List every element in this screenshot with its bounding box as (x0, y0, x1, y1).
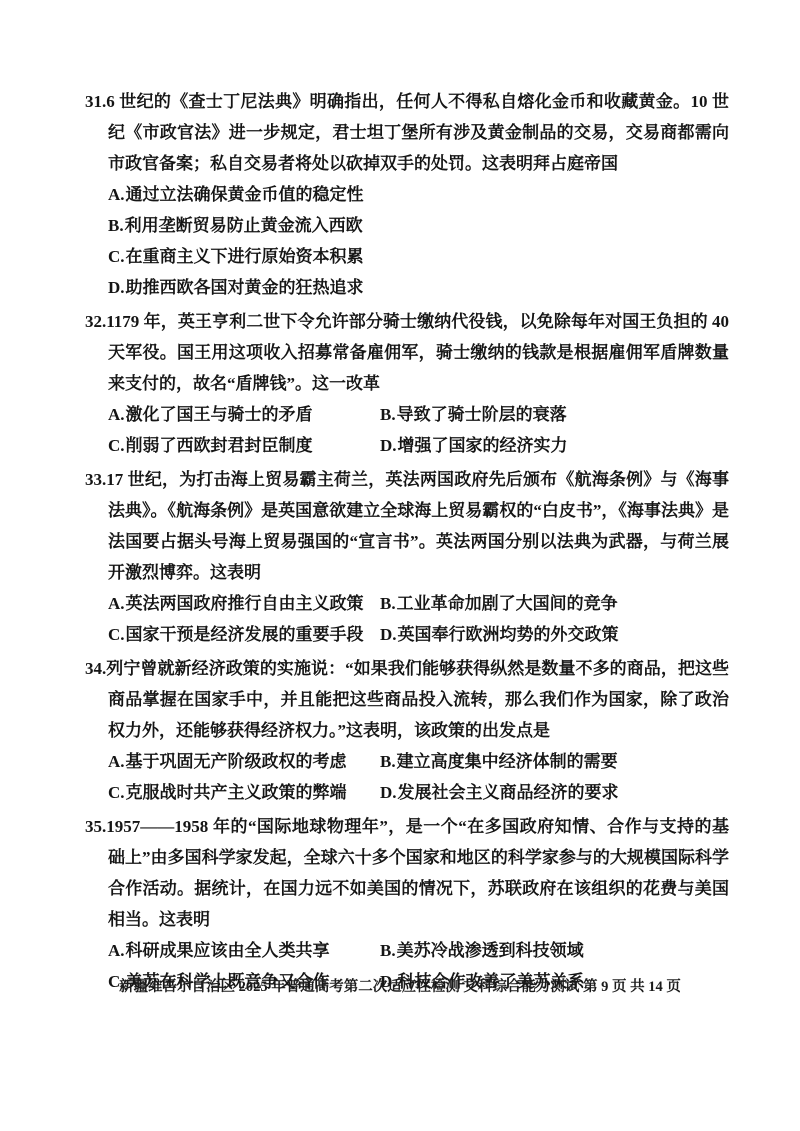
question-stem: 31.6 世纪的《查士丁尼法典》明确指出，任何人不得私自熔化金币和收藏黄金。10… (85, 86, 729, 179)
question-number: 33. (85, 470, 106, 489)
option-label: D. (108, 278, 126, 297)
option-text: 导致了骑士阶层的衰落 (397, 405, 567, 424)
option-a: A.激化了国王与骑士的矛盾 (108, 399, 376, 430)
option-text: 削弱了西欧封君封臣制度 (126, 436, 313, 455)
questions-area: 31.6 世纪的《查士丁尼法典》明确指出，任何人不得私自熔化金币和收藏黄金。10… (85, 86, 729, 1000)
option-d: D.发展社会主义商品经济的要求 (380, 777, 729, 808)
question-35: 35.1957——1958 年的“国际地球物理年”，是一个“在多国政府知情、合作… (85, 811, 729, 997)
option-label: A. (108, 405, 126, 424)
option-b: B.工业革命加剧了大国间的竞争 (380, 588, 729, 619)
option-text: 国家干预是经济发展的重要手段 (126, 625, 364, 644)
option-text: 美苏冷战渗透到科技领域 (397, 941, 584, 960)
question-stem-text: 列宁曾就新经济政策的实施说：“如果我们能够获得纵然是数量不多的商品，把这些商品掌… (106, 659, 729, 740)
question-31: 31.6 世纪的《查士丁尼法典》明确指出，任何人不得私自熔化金币和收藏黄金。10… (85, 86, 729, 303)
option-c: C.克服战时共产主义政策的弊端 (108, 777, 376, 808)
option-text: 激化了国王与骑士的矛盾 (126, 405, 313, 424)
option-text: 发展社会主义商品经济的要求 (398, 783, 619, 802)
option-text: 工业革命加剧了大国间的竞争 (397, 594, 618, 613)
option-label: D. (380, 783, 398, 802)
question-33: 33.17 世纪，为打击海上贸易霸主荷兰，英法两国政府先后颁布《航海条例》与《海… (85, 464, 729, 650)
option-text: 克服战时共产主义政策的弊端 (126, 783, 347, 802)
question-stem: 32.1179 年，英王亨利二世下令允许部分骑士缴纳代役钱，以免除每年对国王负担… (85, 306, 729, 399)
option-d: D.增强了国家的经济实力 (380, 430, 729, 461)
option-text: 助推西欧各国对黄金的狂热追求 (126, 278, 364, 297)
question-stem-text: 6 世纪的《查士丁尼法典》明确指出，任何人不得私自熔化金币和收藏黄金。10 世纪… (106, 92, 729, 173)
question-number: 35. (85, 817, 106, 836)
question-stem-text: 17 世纪，为打击海上贸易霸主荷兰，英法两国政府先后颁布《航海条例》与《海事法典… (106, 470, 729, 582)
option-label: C. (108, 247, 126, 266)
exam-paper-page: 31.6 世纪的《查士丁尼法典》明确指出，任何人不得私自熔化金币和收藏黄金。10… (0, 0, 800, 1131)
option-text: 科研成果应该由全人类共享 (126, 941, 330, 960)
option-label: A. (108, 941, 126, 960)
option-label: A. (108, 752, 126, 771)
option-c: C.国家干预是经济发展的重要手段 (108, 619, 376, 650)
option-label: D. (380, 625, 398, 644)
option-text: 利用垄断贸易防止黄金流入西欧 (125, 216, 363, 235)
page-footer: 新疆维吾尔自治区 2025 年普通高考第二次适应性检测 文科综合能力测试 第 9… (0, 977, 800, 997)
option-a: A.通过立法确保黄金币值的稳定性 (108, 179, 729, 210)
option-label: B. (380, 752, 397, 771)
option-text: 增强了国家的经济实力 (398, 436, 568, 455)
option-label: A. (108, 594, 126, 613)
question-stem: 33.17 世纪，为打击海上贸易霸主荷兰，英法两国政府先后颁布《航海条例》与《海… (85, 464, 729, 588)
option-b: B.美苏冷战渗透到科技领域 (380, 935, 729, 966)
option-label: D. (380, 436, 398, 455)
option-a: A.科研成果应该由全人类共享 (108, 935, 376, 966)
options-list: A.通过立法确保黄金币值的稳定性 B.利用垄断贸易防止黄金流入西欧 C.在重商主… (85, 179, 729, 303)
option-text: 在重商主义下进行原始资本积累 (126, 247, 364, 266)
option-label: B. (380, 941, 397, 960)
option-label: A. (108, 185, 126, 204)
option-text: 英国奉行欧洲均势的外交政策 (398, 625, 619, 644)
options-grid: A.英法两国政府推行自由主义政策 B.工业革命加剧了大国间的竞争 C.国家干预是… (85, 588, 729, 650)
option-text: 英法两国政府推行自由主义政策 (126, 594, 364, 613)
option-text: 通过立法确保黄金币值的稳定性 (126, 185, 364, 204)
question-number: 34. (85, 659, 106, 678)
option-c: C.削弱了西欧封君封臣制度 (108, 430, 376, 461)
option-label: B. (380, 594, 397, 613)
question-stem-text: 1957——1958 年的“国际地球物理年”，是一个“在多国政府知情、合作与支持… (106, 817, 729, 929)
question-stem-text: 1179 年，英王亨利二世下令允许部分骑士缴纳代役钱，以免除每年对国王负担的 4… (106, 312, 729, 393)
option-b: B.建立高度集中经济体制的需要 (380, 746, 729, 777)
option-a: A.英法两国政府推行自由主义政策 (108, 588, 376, 619)
option-b: B.利用垄断贸易防止黄金流入西欧 (108, 210, 729, 241)
option-label: C. (108, 783, 126, 802)
option-d: D.助推西欧各国对黄金的狂热追求 (108, 272, 729, 303)
option-d: D.英国奉行欧洲均势的外交政策 (380, 619, 729, 650)
option-label: C. (108, 436, 126, 455)
question-number: 31. (85, 92, 106, 111)
option-b: B.导致了骑士阶层的衰落 (380, 399, 729, 430)
question-32: 32.1179 年，英王亨利二世下令允许部分骑士缴纳代役钱，以免除每年对国王负担… (85, 306, 729, 461)
option-label: B. (380, 405, 397, 424)
option-a: A.基于巩固无产阶级政权的考虑 (108, 746, 376, 777)
option-label: B. (108, 216, 125, 235)
options-grid: A.激化了国王与骑士的矛盾 B.导致了骑士阶层的衰落 C.削弱了西欧封君封臣制度… (85, 399, 729, 461)
option-text: 基于巩固无产阶级政权的考虑 (126, 752, 347, 771)
options-grid: A.基于巩固无产阶级政权的考虑 B.建立高度集中经济体制的需要 C.克服战时共产… (85, 746, 729, 808)
question-stem: 35.1957——1958 年的“国际地球物理年”，是一个“在多国政府知情、合作… (85, 811, 729, 935)
option-c: C.在重商主义下进行原始资本积累 (108, 241, 729, 272)
question-number: 32. (85, 312, 106, 331)
question-34: 34.列宁曾就新经济政策的实施说：“如果我们能够获得纵然是数量不多的商品，把这些… (85, 653, 729, 808)
question-stem: 34.列宁曾就新经济政策的实施说：“如果我们能够获得纵然是数量不多的商品，把这些… (85, 653, 729, 746)
option-label: C. (108, 625, 126, 644)
option-text: 建立高度集中经济体制的需要 (397, 752, 618, 771)
